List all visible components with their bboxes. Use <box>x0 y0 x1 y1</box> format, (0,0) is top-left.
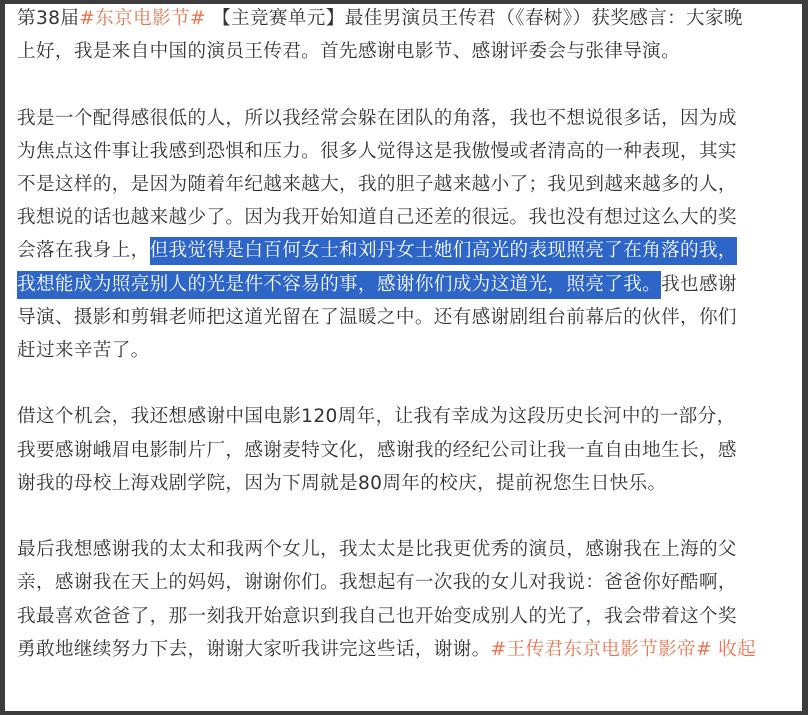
para4-line-1: 最后我想感谢我的太太和我两个女儿，我太太是比我更优秀的演员，感谢我在上海的父 <box>17 533 797 566</box>
para2-line-2: 为焦点这件事让我感到恐惧和压力。很多人觉得这是我傲慢或者清高的一种表现，其实 <box>17 135 797 168</box>
intro-line-1-text: 【主竞赛单元】最佳男演员王传君（《春树》）获奖感言：大家晚 <box>206 8 743 29</box>
selected-text-part-2[interactable]: 我想能成为照亮别人的光是件不容易的事，感谢你们成为这道光，照亮了我。 <box>17 271 661 299</box>
speech-paragraph-3: 借这个机会，我还想感谢中国电影120周年，让我有幸成为这段历史长河中的一部分， … <box>17 400 797 500</box>
post-frame: 第38届#东京电影节# 【主竞赛单元】最佳男演员王传君（《春树》）获奖感言：大家… <box>0 0 808 715</box>
intro-paragraph: 第38届#东京电影节# 【主竞赛单元】最佳男演员王传君（《春树》）获奖感言：大家… <box>17 2 797 68</box>
hashtag-actor-award[interactable]: #王传君东京电影节影帝# <box>491 639 712 660</box>
para4-line-2: 亲，感谢我在天上的妈妈，谢谢你们。我想起有一次我的女儿对我说：爸爸你好酷啊， <box>17 566 797 599</box>
intro-line-2: 上好，我是来自中国的演员王传君。首先感谢电影节、感谢评委会与张律导演。 <box>17 35 797 68</box>
pre-selection-text: 会落在我身上， <box>17 240 150 261</box>
para2-line-4: 我想说的话也越来越少了。因为我开始知道自己还差的很远。我也没有想过这么大的奖 <box>17 201 797 234</box>
para4-line-4: 勇敢地继续努力下去，谢谢大家听我讲完这些话，谢谢。#王传君东京电影节影帝# 收起 <box>17 633 797 666</box>
para2-line-1: 我是一个配得感很低的人，所以我经常会躲在团队的角落，我也不想说很多话，因为成 <box>17 102 797 135</box>
edition-prefix: 第38届 <box>17 8 79 29</box>
hashtag-tokyo-film-festival[interactable]: #东京电影节# <box>79 8 206 29</box>
para4-line-3: 我最喜欢爸爸了，那一刻我开始意识到我自己也开始变成别人的光了，我会带着这个奖 <box>17 600 797 633</box>
speech-paragraph-4: 最后我想感谢我的太太和我两个女儿，我太太是比我更优秀的演员，感谢我在上海的父 亲… <box>17 533 797 666</box>
para3-line-1: 借这个机会，我还想感谢中国电影120周年，让我有幸成为这段历史长河中的一部分， <box>17 400 797 433</box>
para2-line-7: 导演、摄影和剪辑老师把这道光留在了温暖之中。还有感谢剧组台前幕后的伙伴，你们 <box>17 301 797 334</box>
para2-line-6: 我想能成为照亮别人的光是件不容易的事，感谢你们成为这道光，照亮了我。我也感谢 <box>17 268 797 301</box>
speech-paragraph-2: 我是一个配得感很低的人，所以我经常会躲在团队的角落，我也不想说很多话，因为成 为… <box>17 102 797 368</box>
para3-line-3: 谢我的母校上海戏剧学院，因为下周就是80周年的校庆，提前祝您生日快乐。 <box>17 467 797 500</box>
para2-line-5: 会落在我身上，但我觉得是白百何女士和刘丹女士她们高光的表现照亮了在角落的我， <box>17 234 797 267</box>
para2-line-8: 赶过来辛苦了。 <box>17 334 797 367</box>
para3-line-2: 我要感谢峨眉电影制片厂，感谢麦特文化，感谢我的经纪公司让我一直自由地生长，感 <box>17 434 797 467</box>
selected-text-part-1[interactable]: 但我觉得是白百何女士和刘丹女士她们高光的表现照亮了在角落的我， <box>150 237 737 265</box>
collapse-link[interactable]: 收起 <box>712 639 756 660</box>
post-selection-text: 我也感谢 <box>661 274 737 295</box>
post-content: 第38届#东京电影节# 【主竞赛单元】最佳男演员王传君（《春树》）获奖感言：大家… <box>17 2 797 699</box>
intro-line-1: 第38届#东京电影节# 【主竞赛单元】最佳男演员王传君（《春树》）获奖感言：大家… <box>17 2 797 35</box>
para2-line-3: 不是这样的，是因为随着年纪越来越大，我的胆子越来越小了；我见到越来越多的人， <box>17 168 797 201</box>
para4-last-text: 勇敢地继续努力下去，谢谢大家听我讲完这些话，谢谢。 <box>17 639 491 660</box>
